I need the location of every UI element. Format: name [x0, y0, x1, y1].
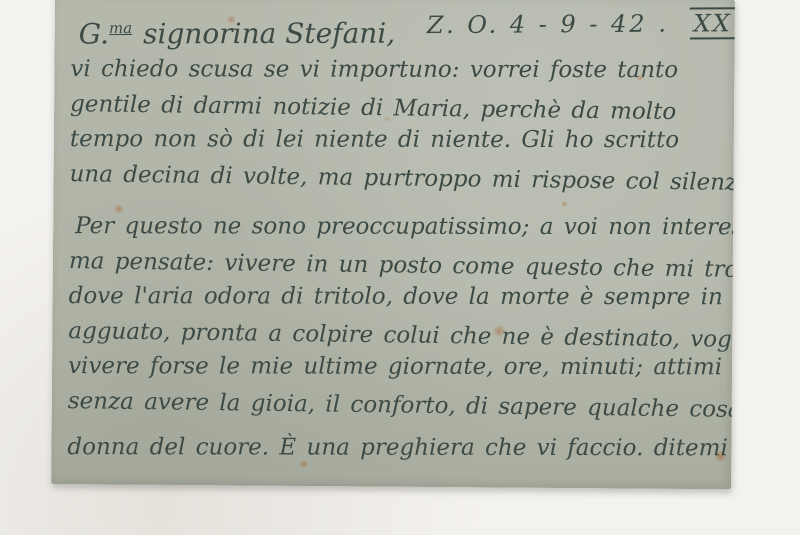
handwritten-line-4: una decina di volte, ma purtroppo mi ris… [69, 157, 727, 201]
salutation-name: signorina Stefani, [134, 17, 395, 51]
handwritten-line-7: dove l'aria odora di tritolo, dove la mo… [69, 279, 727, 315]
handwritten-line-11: donna del cuore. È una preghiera che vi … [67, 430, 725, 466]
letter-body: vi chiedo scusa se vi importuno: vorrei … [67, 52, 728, 470]
scanned-postcard-scene: Z. O. 4 - 9 - 42 . XX G.ma signorina Ste… [0, 0, 800, 535]
postcard: Z. O. 4 - 9 - 42 . XX G.ma signorina Ste… [51, 0, 735, 489]
handwritten-line-3: tempo non sò di lei niente di niente. Gl… [70, 122, 728, 158]
salutation: G.ma signorina Stefani, [79, 6, 729, 50]
handwritten-line-1: vi chiedo scusa se vi importuno: vorrei … [70, 52, 728, 88]
salutation-initial: G. [79, 17, 109, 50]
handwritten-line-5: Per questo ne sono preoccupatissimo; a v… [69, 209, 727, 245]
handwritten-line-9: vivere forse le mie ultime giornate, ore… [68, 349, 726, 385]
handwritten-line-10: senza avere la gioia, il conforto, di sa… [68, 384, 726, 428]
salutation-superscript: ma [109, 19, 132, 37]
letter-content: Z. O. 4 - 9 - 42 . XX G.ma signorina Ste… [51, 0, 735, 489]
